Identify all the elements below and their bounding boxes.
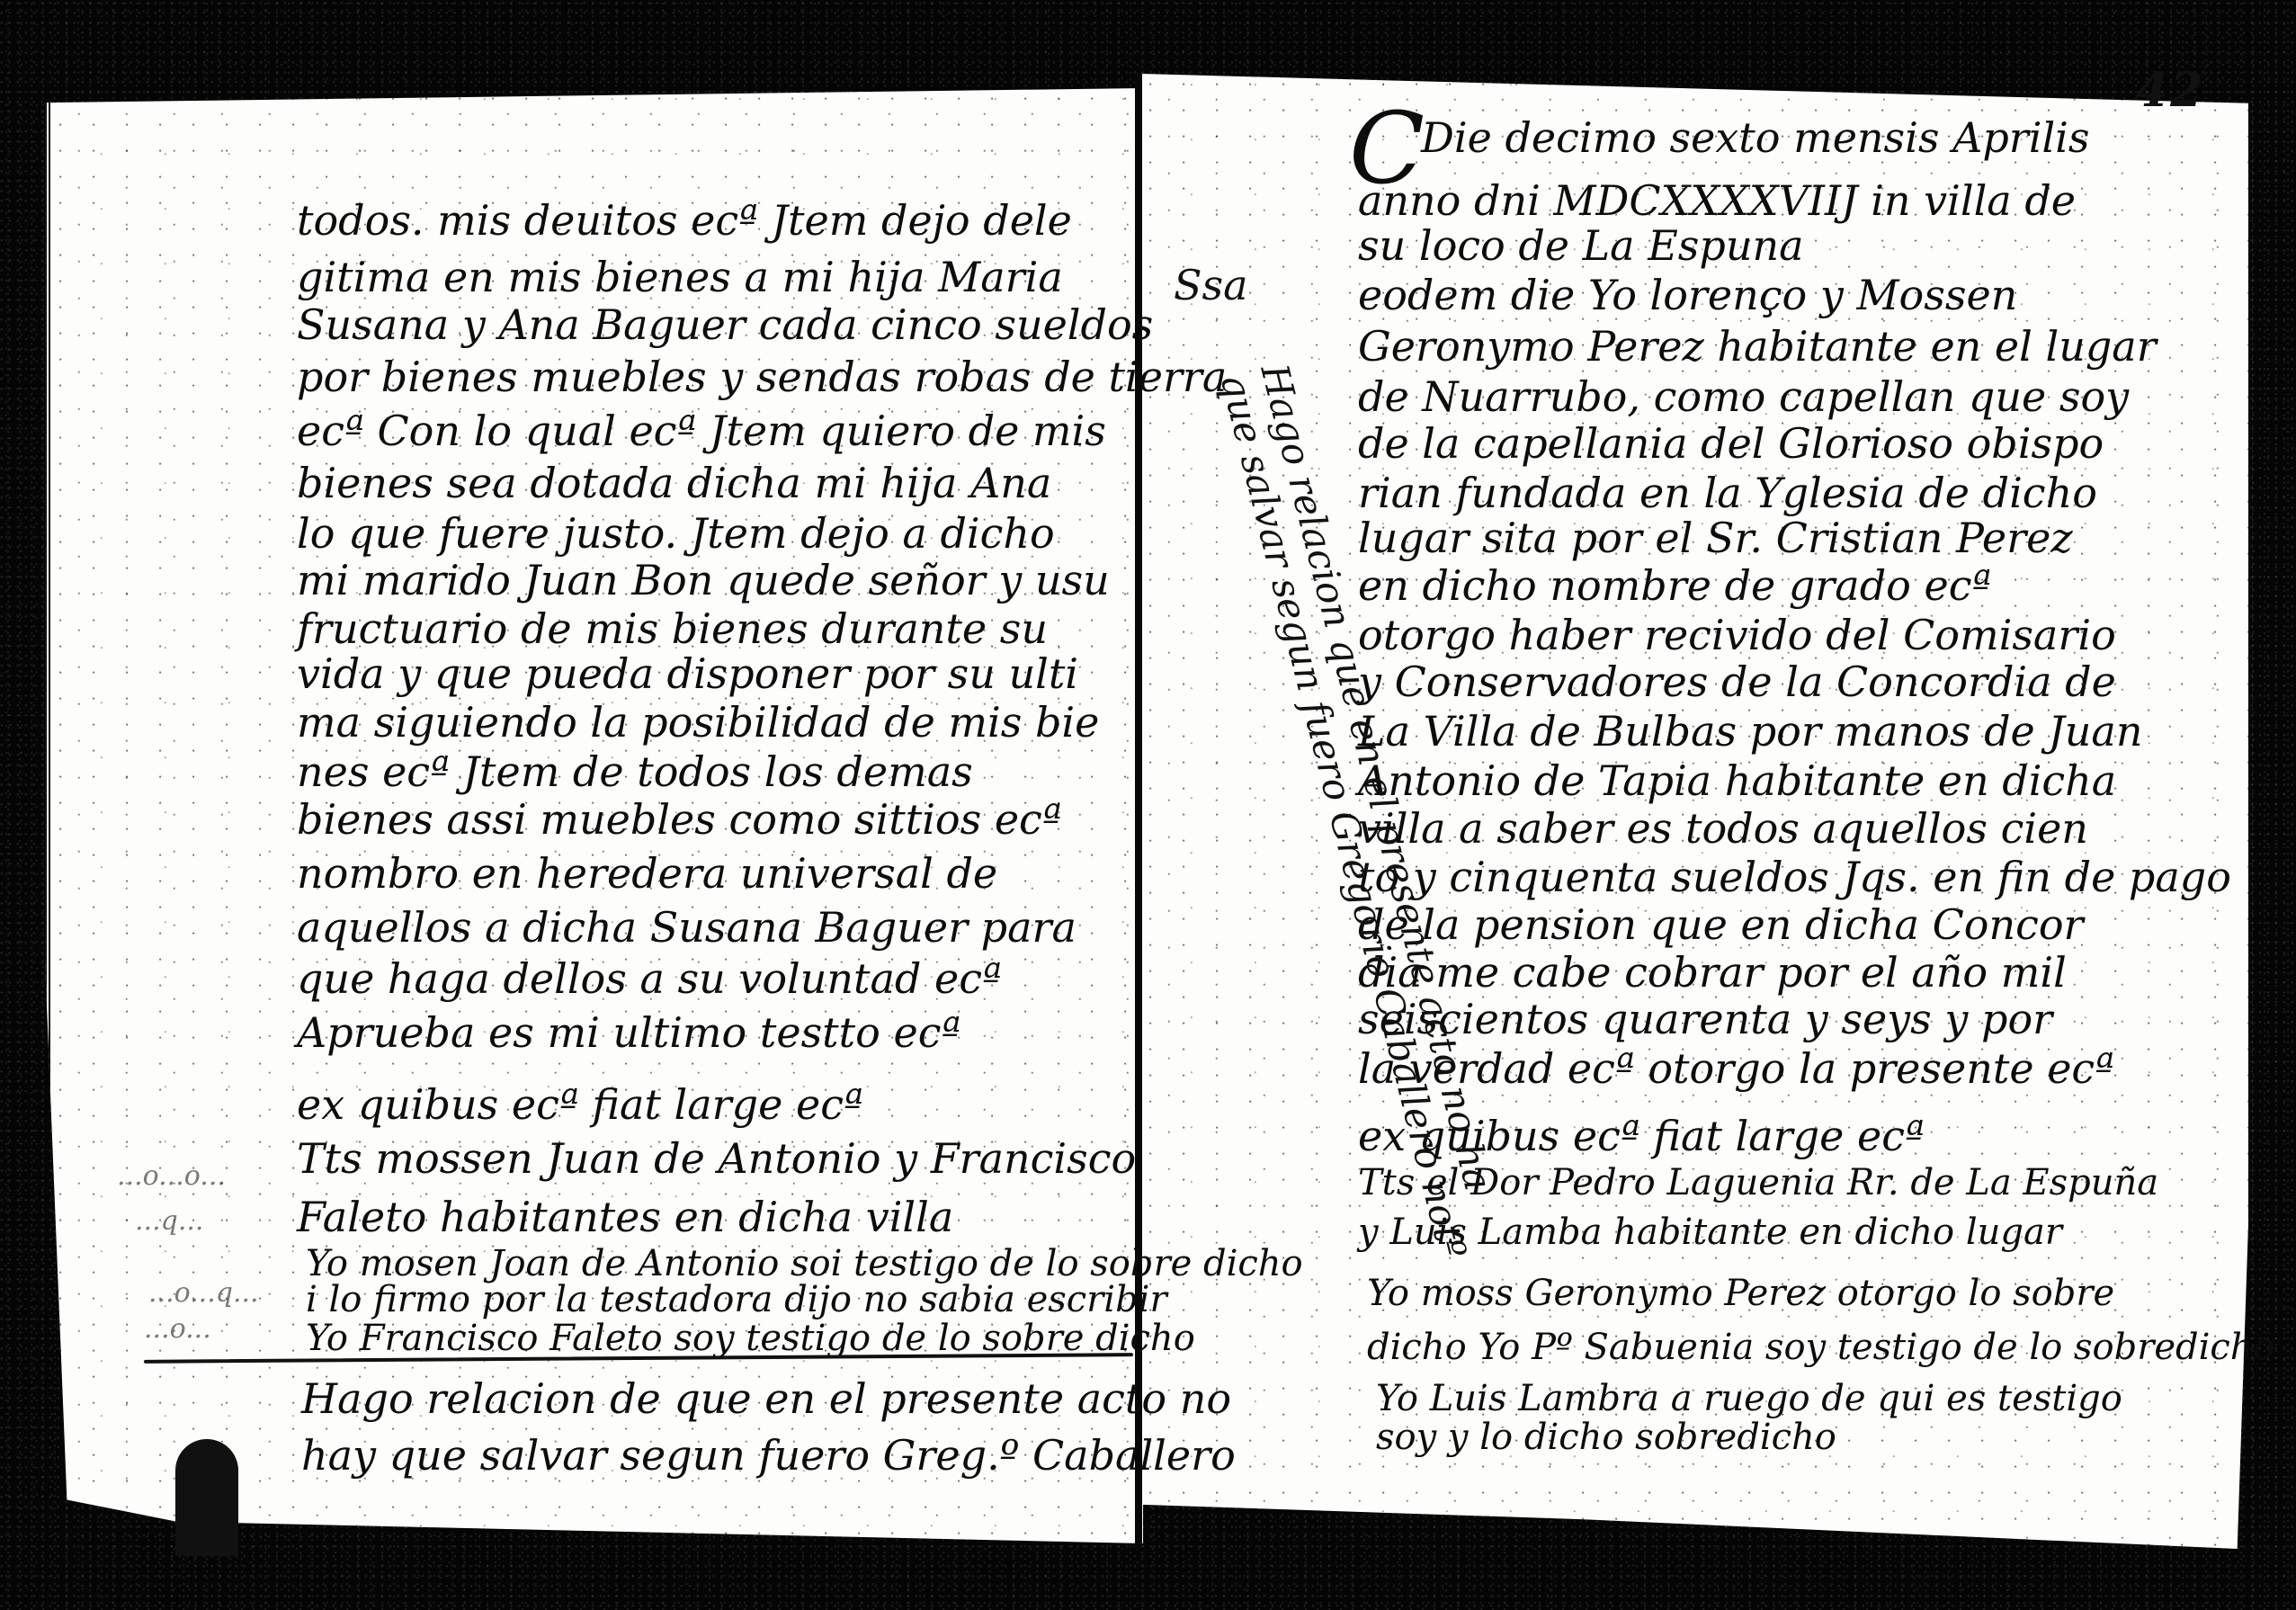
manuscript-line: dia me cabe cobrar por el año mil — [1358, 952, 2067, 993]
notary-footer-line: hay que salvar segun fuero Greg.º Caball… — [301, 1435, 1236, 1476]
folio-number: 42 — [2136, 63, 2204, 118]
manuscript-line: aquellos a dicha Susana Baguer para — [297, 907, 1077, 948]
manuscript-line: de la pension que en dicha Concor — [1358, 904, 2084, 945]
manuscript-line: gitima en mis bienes a mi hija Maria — [297, 256, 1063, 298]
manuscript-line: Yo moss Geronymo Perez otorgo lo sobre — [1367, 1275, 2114, 1311]
manuscript-line: de Nuarrubo, como capellan que soy — [1358, 376, 2129, 417]
manuscript-line: i lo firmo por la testadora dijo no sabi… — [306, 1282, 1167, 1318]
manuscript-line: Faleto habitantes en dicha villa — [297, 1196, 953, 1238]
manuscript-line: que haga dellos a su voluntad ecª — [297, 958, 1002, 999]
manuscript-line: Yo mosen Joan de Antonio soi testigo de … — [306, 1246, 1303, 1282]
bleed-through-text: ...o...q... — [148, 1277, 259, 1309]
manuscript-line: bienes sea dotada dicha mi hija Ana — [297, 462, 1051, 504]
manuscript-line: Yo Francisco Faleto soy testigo de lo so… — [306, 1320, 1195, 1356]
manuscript-line: lugar sita por el Sr. Cristian Perez — [1358, 517, 2073, 559]
manuscript-line: soy y lo dicho sobredicho — [1376, 1419, 1836, 1455]
manuscript-line: mi marido Juan Bon quede señor y usu — [297, 559, 1110, 601]
bleed-through-text: ...o... — [144, 1313, 211, 1345]
manuscript-line: Aprueba es mi ultimo testto ecª — [297, 1012, 960, 1053]
manuscript-line: rian fundada en la Yglesia de dicho — [1358, 472, 2097, 514]
thumb-shadow — [175, 1439, 238, 1556]
manuscript-line: La Villa de Bulbas por manos de Juan — [1358, 711, 2142, 752]
manuscript-line: todos. mis deuitos ecª Jtem dejo dele — [297, 200, 1072, 241]
margin-note: Ssa — [1174, 261, 1248, 309]
manuscript-line: Geronymo Perez habitante en el lugar — [1358, 326, 2157, 367]
manuscript-line: Die decimo sexto mensis Aprilis — [1421, 117, 2090, 158]
manuscript-line: Tts mossen Juan de Antonio y Francisco — [297, 1138, 1136, 1179]
manuscript-line: vida y que pueda disponer por su ulti — [297, 653, 1078, 694]
manuscript-line: to y cinquenta sueldos Jqs. en fin de pa… — [1358, 856, 2231, 898]
manuscript-line: bienes assi muebles como sittios ecª — [297, 799, 1062, 840]
manuscript-line: de la capellania del Glorioso obispo — [1358, 423, 2104, 464]
manuscript-line: Susana y Ana Baguer cada cinco sueldos — [297, 304, 1153, 345]
manuscript-line: en dicho nombre de grado ecª — [1358, 565, 1991, 606]
manuscript-line: ma siguiendo la posibilidad de mis bie — [297, 702, 1099, 743]
manuscript-line: su loco de La Espuna — [1358, 225, 1804, 266]
manuscript-line: villa a saber es todos aquellos cien — [1358, 808, 2088, 849]
manuscript-line: Yo Luis Lambra a ruego de qui es testigo — [1376, 1381, 2122, 1417]
manuscript-line: ex quibus ecª fiat large ecª — [297, 1084, 863, 1125]
manuscript-line: nes ecª Jtem de todos los demas — [297, 751, 973, 792]
manuscript-line: Antonio de Tapia habitante en dicha — [1358, 760, 2116, 801]
manuscript-line: nombro en heredera universal de — [297, 853, 997, 894]
manuscript-line: otorgo haber recivido del Comisario — [1358, 614, 2116, 656]
manuscript-line: por bienes muebles y sendas robas de tie… — [297, 356, 1227, 398]
manuscript-line: eodem die Yo lorenço y Mossen — [1358, 274, 2017, 316]
manuscript-line: y Conservadores de la Concordia de — [1358, 661, 2116, 702]
manuscript-line: lo que fuere justo. Jtem dejo a dicho — [297, 513, 1055, 554]
manuscript-line: anno dni MDCXXXXVIIJ in villa de — [1358, 180, 2076, 221]
manuscript-line: ecª Con lo qual ecª Jtem quiero de mis — [297, 410, 1106, 452]
manuscript-line: dicho Yo Pº Sabuenia soy testigo de lo s… — [1367, 1329, 2275, 1365]
bleed-through-text: ...o...o... — [117, 1160, 226, 1192]
manuscript-line: fructuario de mis bienes durante su — [297, 608, 1048, 649]
notary-footer-line: Hago relacion de que en el presente acto… — [301, 1378, 1231, 1419]
bleed-through-text: ...q... — [135, 1205, 203, 1237]
